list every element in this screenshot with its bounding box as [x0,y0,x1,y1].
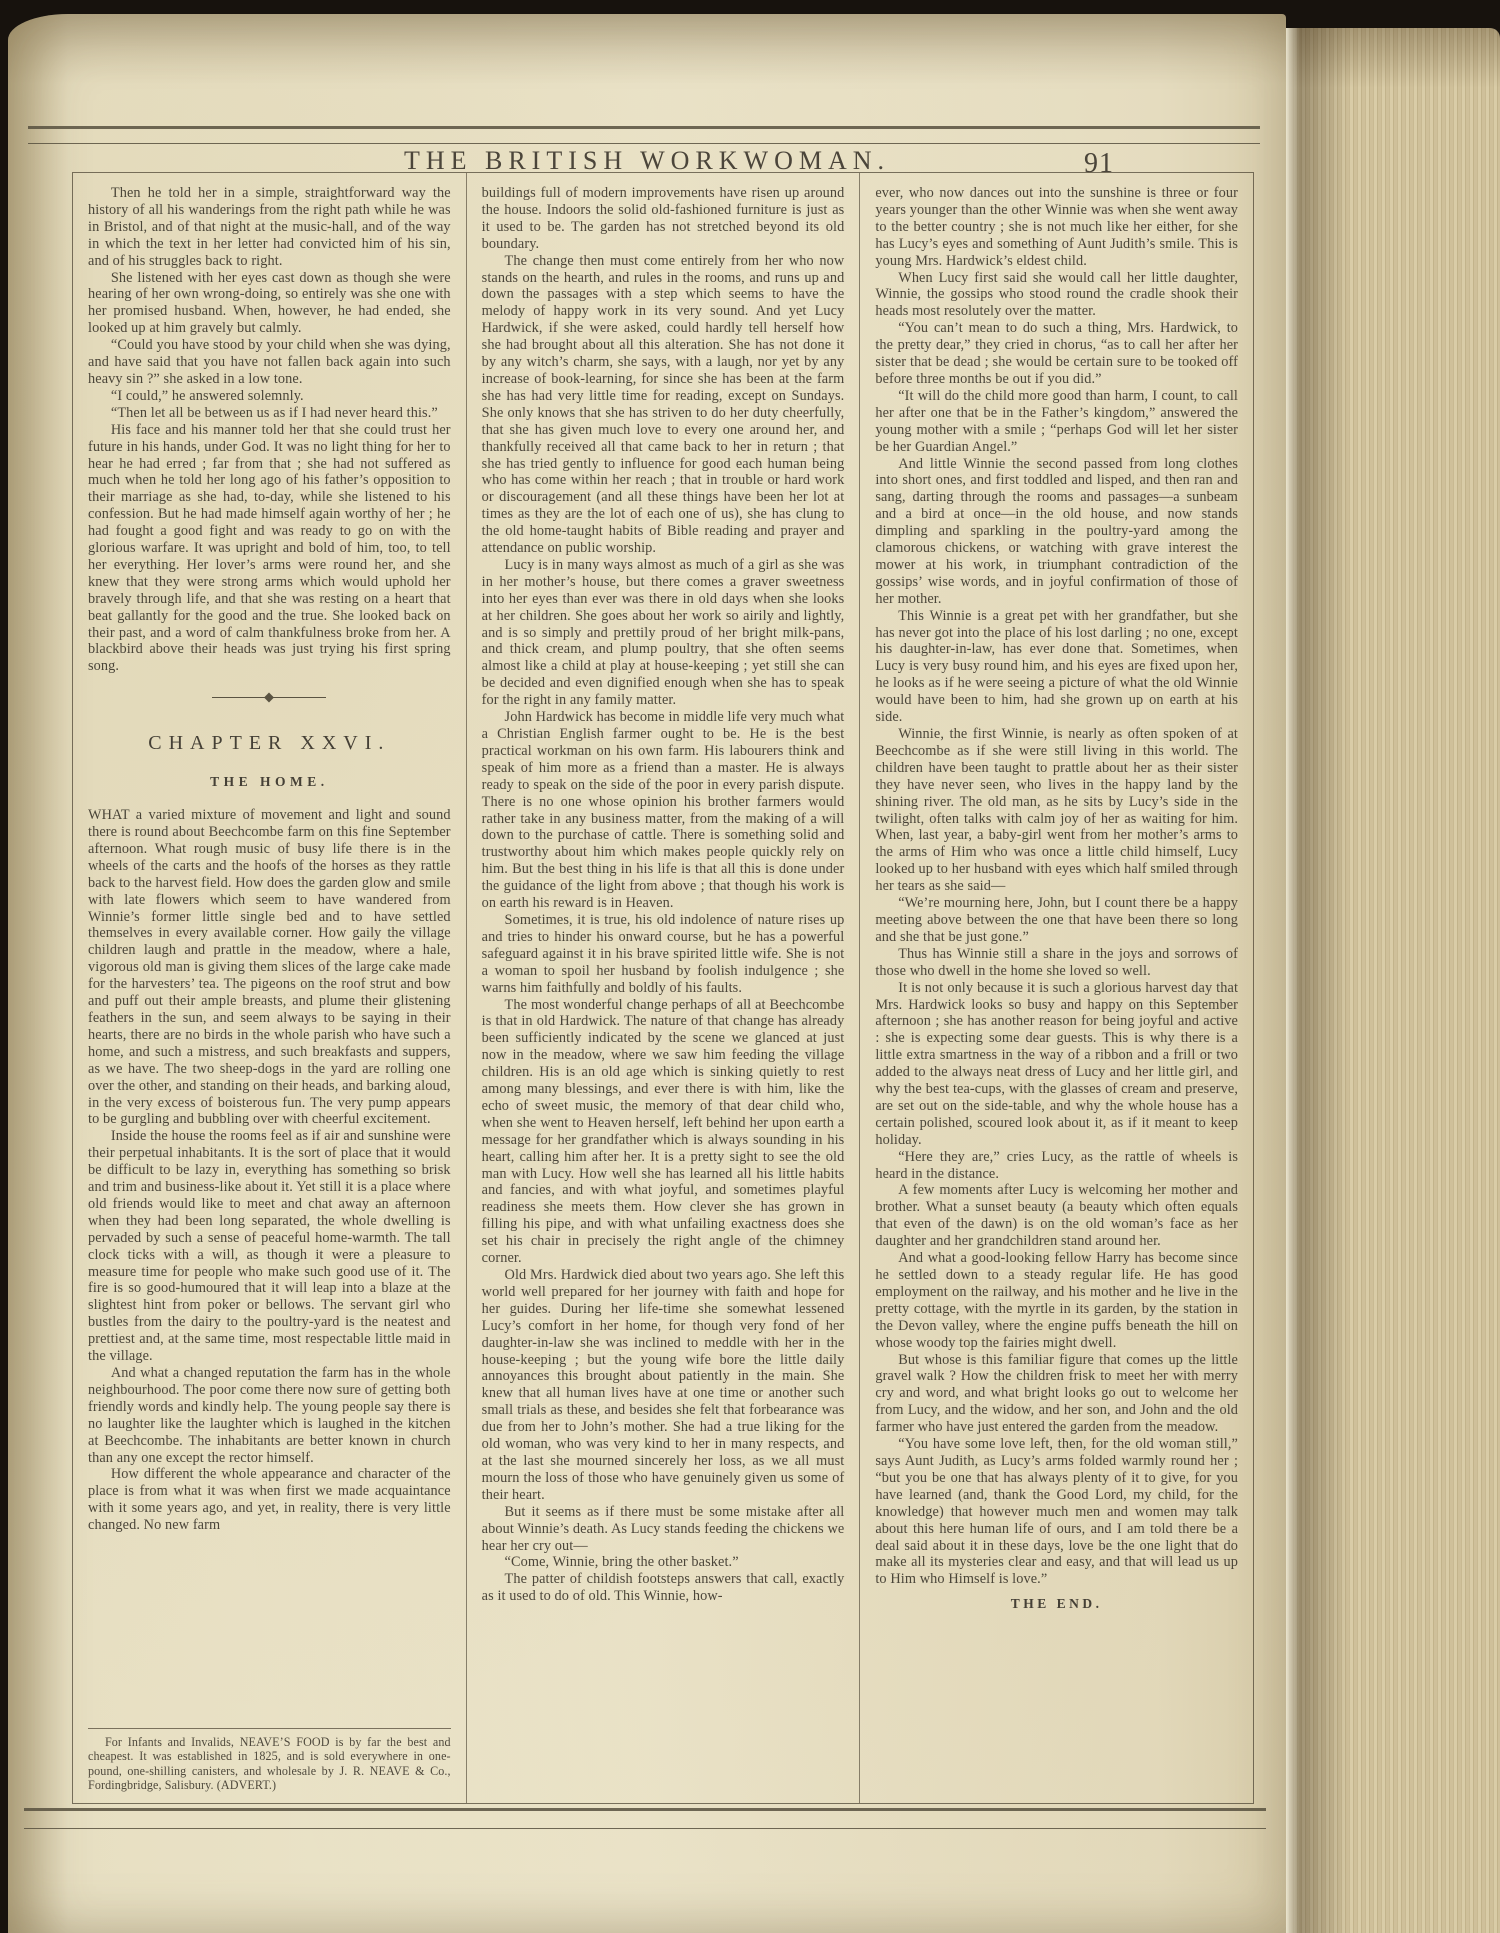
paragraph: “Could you have stood by your child when… [88,337,451,388]
paragraph: “Then let all be between us as if I had … [88,405,451,422]
paragraph: “Come, Winnie, bring the other basket.” [482,1554,845,1571]
top-rule-thin [28,143,1260,144]
paragraph: And what a good-looking fellow Harry has… [875,1250,1238,1351]
section-divider-ornament [204,690,334,706]
bottom-rule-thin [24,1828,1266,1829]
paragraph: His face and his manner told her that sh… [88,422,451,676]
paragraph: But whose is this familiar figure that c… [875,1352,1238,1437]
paragraph: A few moments after Lucy is welcoming he… [875,1182,1238,1250]
book-scan: { "page": { "header": { "title": "THE BR… [0,0,1500,1933]
text-frame: Then he told her in a simple, straightfo… [72,172,1254,1804]
top-rule-thick [28,126,1260,129]
advert-footnote: For Infants and Invalids, NEAVE’S FOOD i… [88,1728,451,1793]
paragraph: Old Mrs. Hardwick died about two years a… [482,1267,845,1504]
column-1: Then he told her in a simple, straightfo… [73,173,466,1803]
paragraph: And what a changed reputation the farm h… [88,1365,451,1466]
bottom-rule-thick [24,1808,1266,1811]
paragraph: This Winnie is a great pet with her gran… [875,608,1238,726]
paragraph: John Hardwick has become in middle life … [482,709,845,912]
paragraph: Winnie, the first Winnie, is nearly as o… [875,726,1238,895]
paragraph: When Lucy first said she would call her … [875,270,1238,321]
paragraph: “We’re mourning here, John, but I count … [875,895,1238,946]
book-fore-edge-pages [1286,28,1500,1933]
the-end-label: THE END. [875,1596,1238,1613]
paragraph: Inside the house the rooms feel as if ai… [88,1128,451,1365]
paragraph: And little Winnie the second passed from… [875,456,1238,608]
paragraph: buildings full of modern improvements ha… [482,185,845,253]
paragraph: Sometimes, it is true, his old indolence… [482,912,845,997]
paragraph: The change then must come entirely from … [482,253,845,557]
paragraph: “It will do the child more good than har… [875,388,1238,456]
paragraph: “I could,” he answered solemnly. [88,388,451,405]
paragraph: But it seems as if there must be some mi… [482,1504,845,1555]
chapter-heading: CHAPTER XXVI. [88,735,451,752]
scanned-page: THE BRITISH WORKWOMAN. 91 Then he told h… [8,14,1286,1933]
chapter-subtitle: THE HOME. [88,774,451,791]
paragraph: It is not only because it is such a glor… [875,980,1238,1149]
paragraph: The patter of childish footsteps answers… [482,1571,845,1605]
paragraph: Lucy is in many ways almost as much of a… [482,557,845,709]
paragraph: ever, who now dances out into the sunshi… [875,185,1238,270]
paragraph: “You have some love left, then, for the … [875,1436,1238,1588]
paragraph: The most wonderful change perhaps of all… [482,997,845,1268]
paragraph: Thus has Winnie still a share in the joy… [875,946,1238,980]
paragraph: Then he told her in a simple, straightfo… [88,185,451,270]
paragraph: How different the whole appearance and c… [88,1466,451,1534]
paragraph: She listened with her eyes cast down as … [88,270,451,338]
paragraph: “Here they are,” cries Lucy, as the ratt… [875,1149,1238,1183]
paragraph: WHAT a varied mixture of movement and li… [88,807,451,1128]
column-2: buildings full of modern improvements ha… [466,173,860,1803]
column-3: ever, who now dances out into the sunshi… [859,173,1253,1803]
paragraph: “You can’t mean to do such a thing, Mrs.… [875,320,1238,388]
